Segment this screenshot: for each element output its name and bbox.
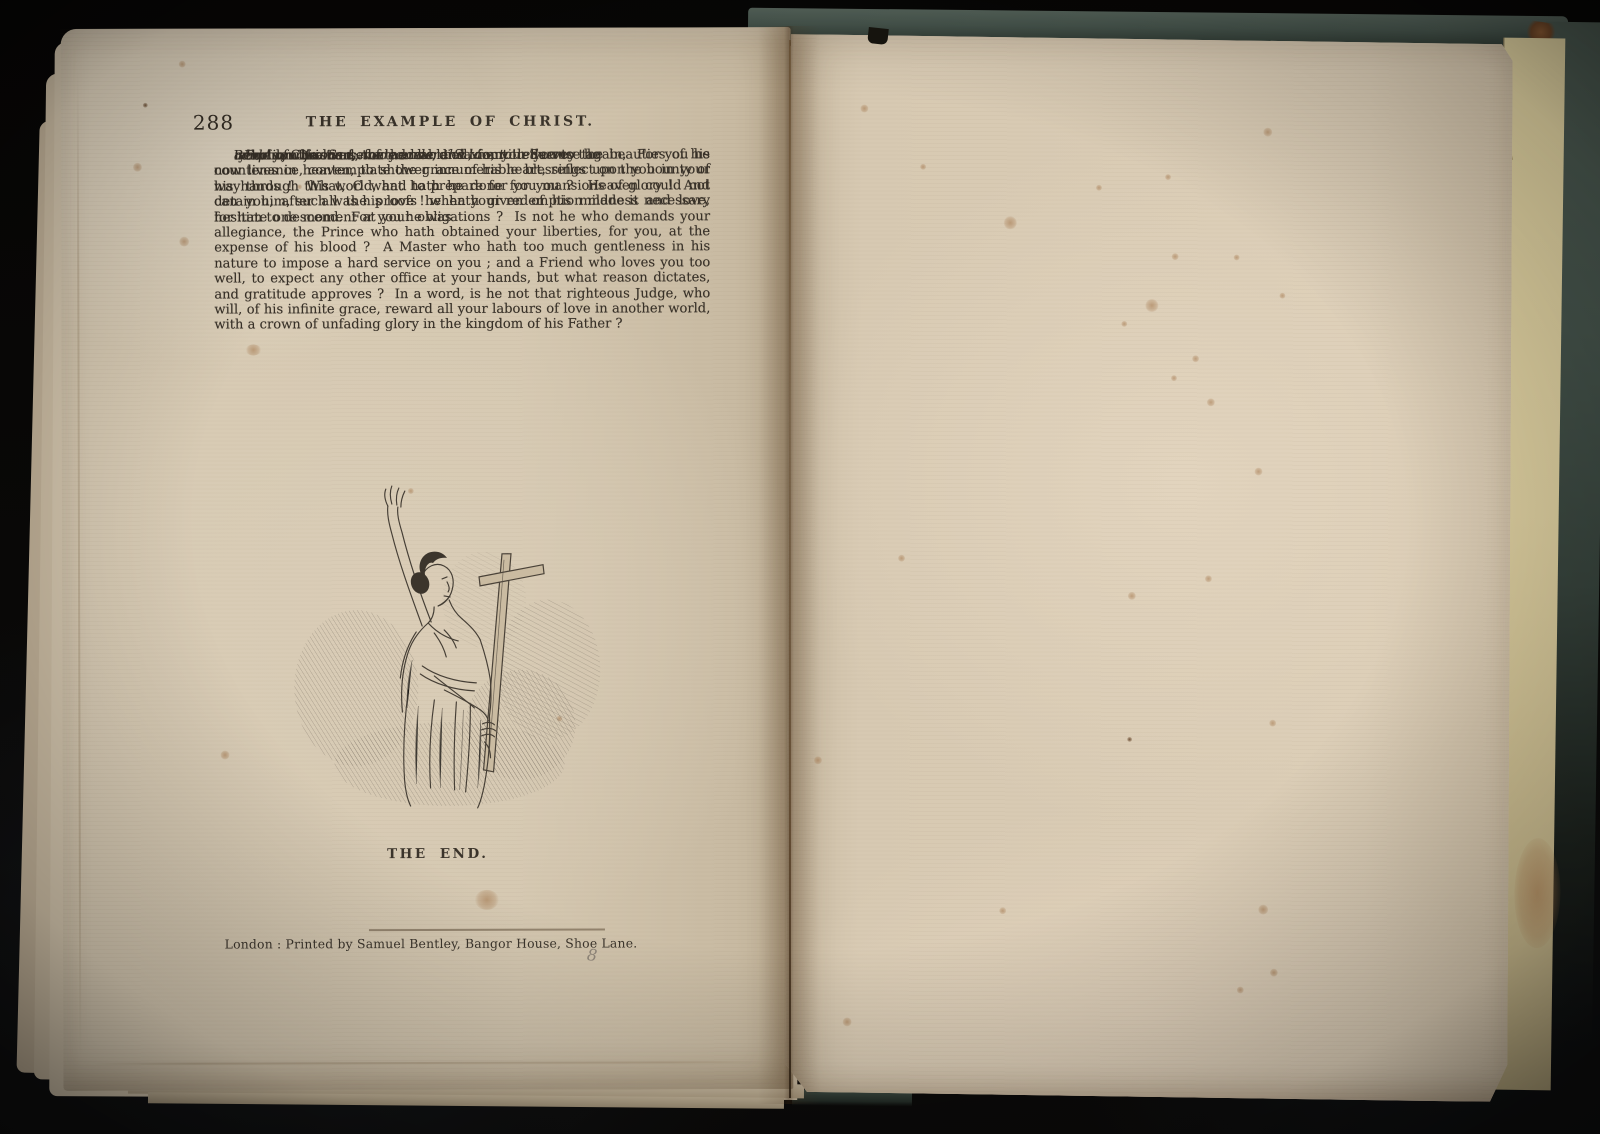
foxing-spot bbox=[898, 555, 905, 562]
foxing-spot bbox=[179, 237, 189, 247]
foxing-spot bbox=[1192, 355, 1199, 362]
foxing-spot bbox=[475, 890, 499, 910]
foxing-spot bbox=[1096, 185, 1102, 191]
pencil-mark: 8 bbox=[586, 945, 598, 965]
page-crease bbox=[93, 1061, 773, 1065]
engraving-woman-with-cross: Engraving of a woman gazing upward, one … bbox=[284, 480, 615, 811]
foxing-spot bbox=[1258, 905, 1268, 915]
foxing-spot bbox=[1234, 254, 1240, 260]
foxing-spot bbox=[1171, 375, 1177, 381]
foxing-spot bbox=[1207, 398, 1215, 406]
foxing-spot bbox=[999, 907, 1006, 914]
foxing-spot bbox=[1270, 969, 1278, 977]
foxing-spot bbox=[814, 756, 822, 764]
cover-notch bbox=[867, 27, 889, 45]
foxing-spot bbox=[1237, 986, 1244, 993]
foxing-spot bbox=[843, 1017, 852, 1026]
foxing-spot bbox=[1127, 737, 1132, 742]
foxing-spot bbox=[1165, 174, 1171, 180]
foxing-spot bbox=[221, 751, 230, 760]
foxing-spot bbox=[920, 164, 926, 170]
foxing-spot bbox=[245, 344, 261, 355]
running-header: THE EXAMPLE OF CHRIST. bbox=[194, 113, 707, 130]
foxing-spot bbox=[1269, 720, 1276, 727]
foxing-spot bbox=[1279, 293, 1285, 299]
printer-imprint: London : Printed by Samuel Bentley, Bang… bbox=[191, 935, 671, 951]
page-crease bbox=[77, 69, 82, 1059]
foxing-spot bbox=[860, 104, 868, 112]
foxing-spot bbox=[143, 103, 148, 108]
finis-text: THE END. bbox=[233, 845, 643, 862]
foxing-spot bbox=[1128, 592, 1136, 600]
foxing-spot bbox=[1205, 575, 1212, 582]
attribution: Dr. Stennett. bbox=[278, 148, 399, 164]
body-segment: For you he lived, for you he died, for y… bbox=[214, 147, 710, 333]
foxing-spot bbox=[1145, 299, 1158, 312]
foxing-spot bbox=[1254, 468, 1262, 476]
foxing-spot bbox=[1121, 321, 1127, 327]
paper-texture bbox=[785, 34, 1513, 1102]
book-photograph: 288 THE EXAMPLE OF CHRIST. Behold, Chris… bbox=[0, 0, 1600, 1134]
foxing-spot bbox=[179, 61, 186, 68]
foxing-spot bbox=[1004, 216, 1017, 229]
foxing-spot bbox=[1172, 253, 1179, 260]
body-paragraph: Behold, Christian, the adorable Saviour … bbox=[194, 147, 710, 148]
foxing-spot bbox=[1263, 128, 1272, 137]
right-page-blank bbox=[785, 34, 1513, 1102]
imprint-rule bbox=[369, 929, 605, 932]
left-page: 288 THE EXAMPLE OF CHRIST. Behold, Chris… bbox=[61, 27, 794, 1091]
foxing-spot bbox=[133, 163, 142, 172]
